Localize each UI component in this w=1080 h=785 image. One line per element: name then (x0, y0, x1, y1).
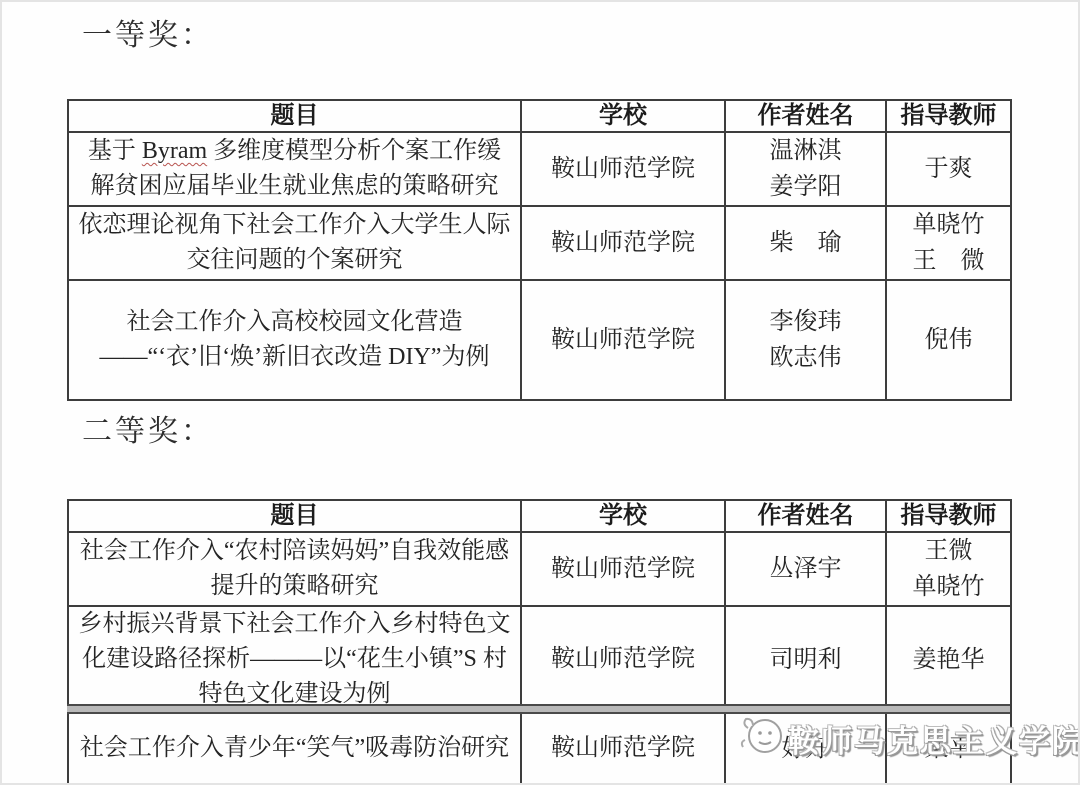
school-cell: 鞍山师范学院 (521, 713, 725, 784)
column-header-1: 学校 (521, 500, 725, 532)
author-name: 李俊玮 (734, 304, 877, 340)
advisors-cell: 于爽 (886, 132, 1011, 206)
mascot-face-icon (738, 714, 786, 763)
advisors-cell: 单晓竹王 微 (886, 206, 1011, 280)
header-row: 题目学校作者姓名指导教师 (68, 500, 1011, 532)
authors-cell: 柴 瑜 (725, 206, 886, 280)
title-cell: 乡村振兴背景下社会工作介入乡村特色文化建设路径探析———以“花生小镇”S 村特色… (68, 606, 521, 713)
watermark-text: 鞍师马克思主义学院 (788, 716, 1080, 761)
advisors-cell: 倪伟 (886, 280, 1011, 400)
title-cell: 基于 Byram 多维度模型分析个案工作缓解贫困应届毕业生就业焦虑的策略研究 (68, 132, 521, 206)
authors-cell: 司明利 (725, 606, 886, 713)
title-cell: 依恋理论视角下社会工作介入大学生人际交往问题的个案研究 (68, 206, 521, 280)
authors-cell: 李俊玮欧志伟 (725, 280, 886, 400)
advisor-name: 姜艳华 (895, 642, 1002, 678)
author-name: 欧志伟 (734, 340, 877, 376)
author-name: 丛泽宇 (734, 551, 877, 587)
advisor-name: 于爽 (895, 151, 1002, 187)
column-header-0: 题目 (68, 100, 521, 132)
advisor-name: 王 微 (895, 243, 1002, 279)
table-row: 依恋理论视角下社会工作介入大学生人际交往问题的个案研究鞍山师范学院柴 瑜单晓竹王… (68, 206, 1011, 280)
column-header-0: 题目 (68, 500, 521, 532)
author-name: 姜学阳 (734, 169, 877, 205)
first-prize-table: 题目学校作者姓名指导教师基于 Byram 多维度模型分析个案工作缓解贫困应届毕业… (67, 99, 1012, 401)
table-row: 社会工作介入高校校园文化营造——“‘衣’旧‘焕’新旧衣改造 DIY”为例鞍山师范… (68, 280, 1011, 400)
column-header-1: 学校 (521, 100, 725, 132)
column-header-3: 指导教师 (886, 100, 1011, 132)
school-cell: 鞍山师范学院 (521, 280, 725, 400)
author-name: 司明利 (734, 642, 877, 678)
header-row: 题目学校作者姓名指导教师 (68, 100, 1011, 132)
title-cell: 社会工作介入青少年“笑气”吸毒防治研究 (68, 713, 521, 784)
table-row: 乡村振兴背景下社会工作介入乡村特色文化建设路径探析———以“花生小镇”S 村特色… (68, 606, 1011, 713)
advisor-name: 倪伟 (895, 322, 1002, 358)
advisor-name: 王微 (895, 533, 1002, 569)
column-header-3: 指导教师 (886, 500, 1011, 532)
advisor-name: 单晓竹 (895, 207, 1002, 243)
advisors-cell: 姜艳华 (886, 606, 1011, 713)
school-cell: 鞍山师范学院 (521, 532, 725, 606)
table-row: 基于 Byram 多维度模型分析个案工作缓解贫困应届毕业生就业焦虑的策略研究鞍山… (68, 132, 1011, 206)
first-prize-heading: 一等奖： (82, 10, 214, 54)
title-cell: 社会工作介入“农村陪读妈妈”自我效能感提升的策略研究 (68, 532, 521, 606)
authors-cell: 温淋淇姜学阳 (725, 132, 886, 206)
table-row: 社会工作介入“农村陪读妈妈”自我效能感提升的策略研究鞍山师范学院丛泽宇王微单晓竹 (68, 532, 1011, 606)
column-header-2: 作者姓名 (725, 100, 886, 132)
author-name: 柴 瑜 (734, 225, 877, 261)
watermark: 鞍师马克思主义学院 (738, 714, 1080, 763)
page-split-divider (67, 704, 1010, 714)
school-cell: 鞍山师范学院 (521, 206, 725, 280)
english-term-wavy-underline: Byram (142, 138, 207, 164)
second-prize-heading: 二等奖： (82, 406, 214, 450)
advisors-cell: 王微单晓竹 (886, 532, 1011, 606)
school-cell: 鞍山师范学院 (521, 132, 725, 206)
column-header-2: 作者姓名 (725, 500, 886, 532)
author-name: 温淋淇 (734, 133, 877, 169)
advisor-name: 单晓竹 (895, 569, 1002, 605)
document-page: 一等奖： 题目学校作者姓名指导教师基于 Byram 多维度模型分析个案工作缓解贫… (0, 0, 1080, 785)
school-cell: 鞍山师范学院 (521, 606, 725, 713)
authors-cell: 丛泽宇 (725, 532, 886, 606)
title-cell: 社会工作介入高校校园文化营造——“‘衣’旧‘焕’新旧衣改造 DIY”为例 (68, 280, 521, 400)
